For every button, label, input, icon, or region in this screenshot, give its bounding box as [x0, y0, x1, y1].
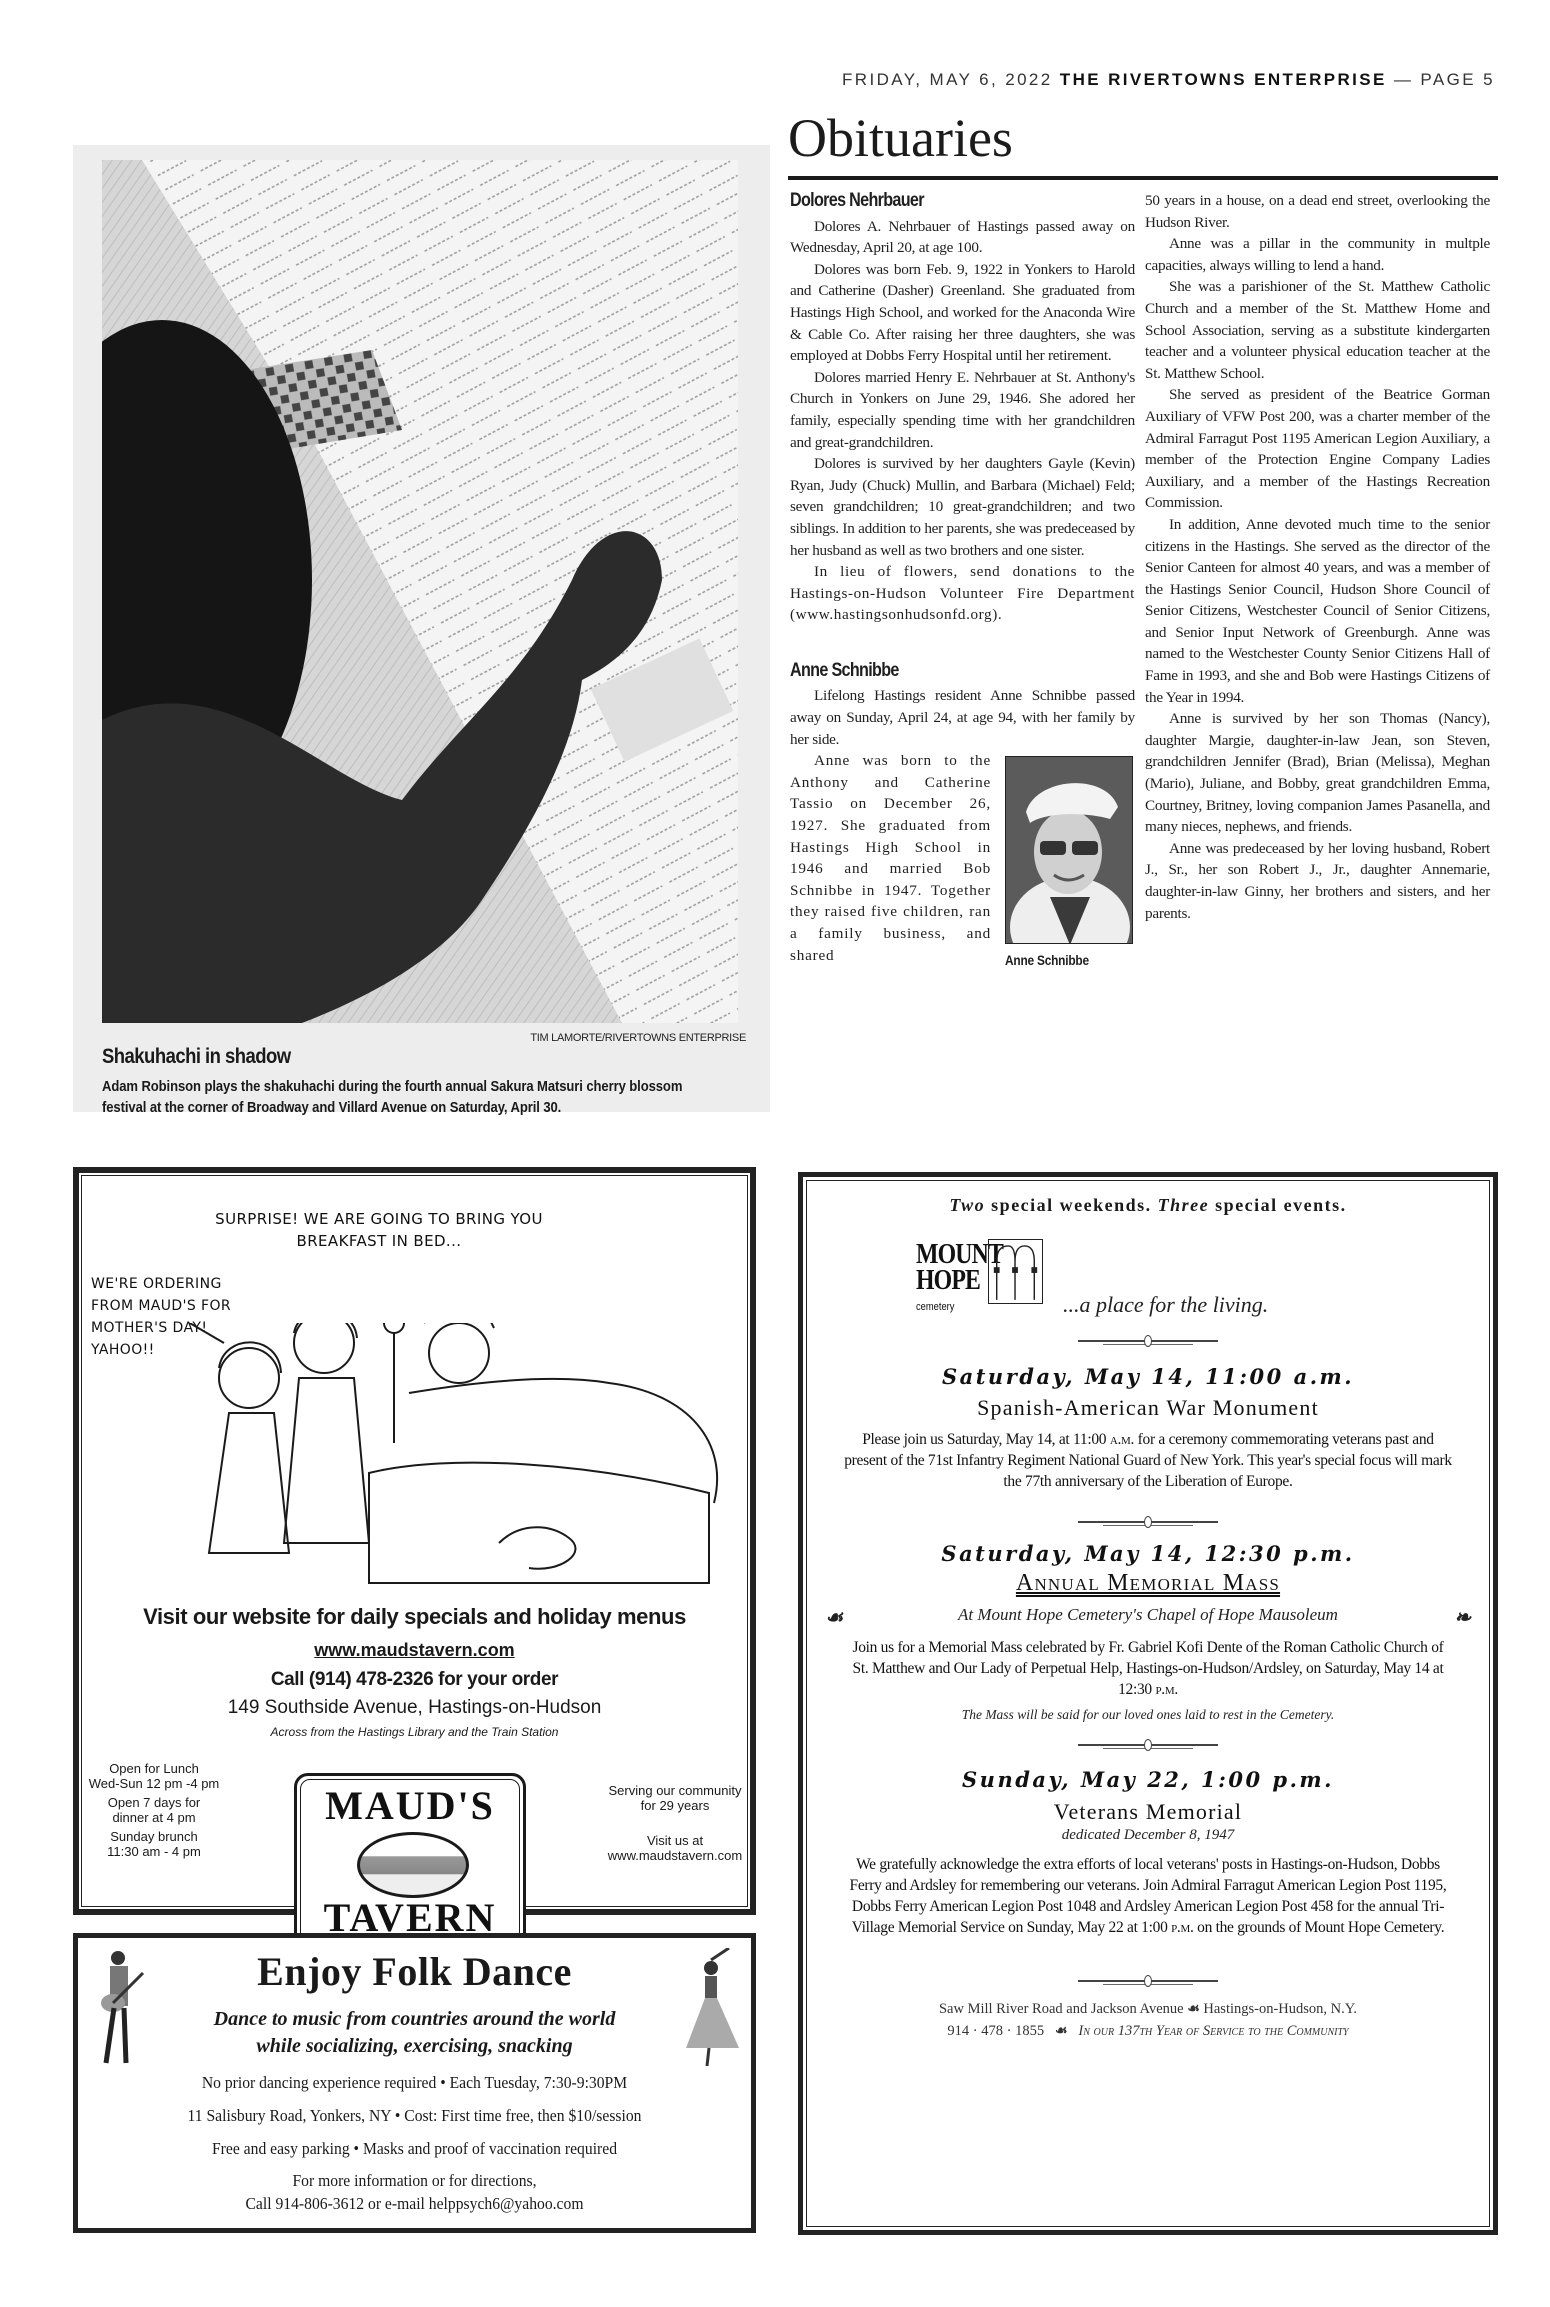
issue-date: FRIDAY, MAY 6, 2022	[842, 70, 1053, 89]
event-description: We gratefully acknowledge the extra effo…	[843, 1854, 1453, 1938]
ornamental-divider	[1078, 1741, 1218, 1751]
mauds-serving-note: Serving our community for 29 years Visit…	[600, 1783, 750, 1863]
photo-caption: Adam Robinson plays the shakuhachi durin…	[102, 1076, 728, 1118]
cemetery-contact: 914 · 478 · 1855 ☙ In our 137th Year of …	[803, 2023, 1493, 2040]
event-title: Veterans Memorial	[803, 1799, 1493, 1825]
mauds-hours: Open for LunchWed-Sun 12 pm -4 pm Open 7…	[79, 1761, 229, 1863]
anne-photo-caption: Anne Schnibbe	[1005, 950, 1116, 972]
shakuhachi-photo	[102, 160, 738, 1023]
obituary-paragraph: Anne was a pillar in the community in mu…	[1145, 233, 1490, 276]
event-note: The Mass will be said for our loved ones…	[803, 1707, 1493, 1723]
event-subtitle: dedicated December 8, 1947	[803, 1827, 1493, 1844]
photo-credit: TIM LAMORTE/RIVERTOWNS ENTERPRISE	[530, 1032, 746, 1044]
ship-emblem-icon	[357, 1832, 469, 1898]
folk-info-line: No prior dancing experience required • E…	[105, 2073, 724, 2093]
ad-slogan: ...a place for the living.	[1063, 1292, 1268, 1318]
obituary-paragraph: Dolores is survived by her daughters Gay…	[790, 453, 1135, 561]
mauds-phone: Call (914) 478-2326 for your order	[79, 1669, 750, 1691]
event-location: ☙ At Mount Hope Cemetery's Chapel of Hop…	[803, 1605, 1493, 1625]
photo-headline: Shakuhachi in shadow	[102, 1045, 291, 1069]
obituary-paragraph: Dolores A. Nehrbauer of Hastings passed …	[790, 216, 1135, 259]
folk-info-line: 11 Salisbury Road, Yonkers, NY • Cost: F…	[105, 2106, 724, 2126]
obituary-paragraph: She served as president of the Beatrice …	[1145, 384, 1490, 514]
mauds-landmark: Across from the Hastings Library and the…	[79, 1725, 750, 1739]
obituary-column-1: Dolores Nehrbauer Dolores A. Nehrbauer o…	[790, 190, 1135, 972]
folk-info-line: For more information or for directions,	[105, 2171, 724, 2191]
speech-bubble-breakfast: SURPRISE! WE ARE GOING TO BRING YOU BREA…	[199, 1208, 559, 1252]
photo-image	[102, 160, 738, 1023]
event-title: Spanish-American War Monument	[803, 1395, 1493, 1421]
cemetery-phone: 914 · 478 · 1855	[947, 2023, 1044, 2039]
mauds-address: 149 Southside Avenue, Hastings-on-Hudson	[79, 1697, 750, 1719]
folk-dance-ad[interactable]: Enjoy Folk Dance Dance to music from cou…	[73, 1933, 756, 2233]
event-description: Please join us Saturday, May 14, at 11:0…	[843, 1429, 1453, 1492]
obituary-paragraph: In lieu of flowers, send donations to th…	[790, 561, 1135, 626]
section-title: Obituaries	[788, 108, 1013, 168]
ornament-left-icon: ☙	[825, 1605, 843, 1629]
obituary-paragraph: 50 years in a house, on a dead end stree…	[1145, 190, 1490, 233]
event-title: Annual Memorial Mass	[803, 1570, 1493, 1597]
mothers-day-cartoon	[169, 1323, 729, 1623]
cemetery-tagline: In our 137th Year of Service to the Comm…	[1078, 2023, 1348, 2039]
obituary-paragraph: Anne was predeceased by her loving husba…	[1145, 838, 1490, 924]
folk-dance-title: Enjoy Folk Dance	[78, 1948, 751, 1995]
obituary-column-2: 50 years in a house, on a dead end stree…	[1145, 190, 1490, 924]
event-date: Saturday, May 14, 11:00 a.m.	[803, 1364, 1493, 1389]
obituary-paragraph: Lifelong Hastings resident Anne Schnibbe…	[790, 685, 1135, 750]
folk-dance-subtitle: Dance to music from countries around the…	[78, 2006, 751, 2060]
mauds-tavern-ad[interactable]: SURPRISE! WE ARE GOING TO BRING YOU BREA…	[73, 1167, 756, 1915]
mount-hope-cemetery-ad[interactable]: Two special weekends. Three special even…	[798, 1172, 1498, 2235]
anne-schnibbe-photo	[1005, 756, 1133, 944]
obituary-paragraph: Dolores married Henry E. Nehrbauer at St…	[790, 367, 1135, 453]
page-folio: FRIDAY, MAY 6, 2022 THE RIVERTOWNS ENTER…	[790, 70, 1495, 90]
obituary-paragraph: She was a parishioner of the St. Matthew…	[1145, 276, 1490, 384]
ornamental-divider	[1078, 1337, 1218, 1347]
cemetery-address: Saw Mill River Road and Jackson Avenue ☙…	[803, 2001, 1493, 2018]
ornament-right-icon: ❧	[1454, 1605, 1471, 1629]
paper-name: THE RIVERTOWNS ENTERPRISE	[1060, 70, 1387, 89]
page-number: — PAGE 5	[1394, 70, 1495, 89]
folk-contact[interactable]: Call 914-806-3612 or e-mail helppsych6@y…	[105, 2194, 724, 2214]
ornamental-divider	[1078, 1518, 1218, 1528]
anne-photo-figure: Anne Schnibbe	[1005, 756, 1135, 972]
obituary-paragraph: Dolores was born Feb. 9, 1922 in Yonkers…	[790, 259, 1135, 367]
ornamental-divider	[1078, 1977, 1218, 1987]
logo-text-top: MAUD'S	[297, 1782, 523, 1829]
obituary-name: Dolores Nehrbauer	[790, 190, 924, 212]
mauds-website-link[interactable]: www.maudstavern.com	[79, 1640, 750, 1661]
event-date: Saturday, May 14, 12:30 p.m.	[803, 1541, 1493, 1566]
obituary-paragraph: In addition, Anne devoted much time to t…	[1145, 514, 1490, 708]
photo-feature: TIM LAMORTE/RIVERTOWNS ENTERPRISE Shakuh…	[73, 145, 770, 1112]
gothic-arch-icon	[988, 1239, 1043, 1304]
mauds-headline: Visit our website for daily specials and…	[79, 1604, 750, 1630]
section-rule	[788, 176, 1498, 180]
obituary-name: Anne Schnibbe	[790, 660, 899, 682]
event-date: Sunday, May 22, 1:00 p.m.	[803, 1767, 1493, 1792]
obituary-paragraph: Anne is survived by her son Thomas (Nanc…	[1145, 708, 1490, 838]
ornament-icon: ☙	[1187, 2001, 1200, 2017]
folk-info-line: Free and easy parking • Masks and proof …	[105, 2139, 724, 2159]
anne-photo-wrap: Anne Schnibbe Anne was born to the Antho…	[790, 750, 1135, 966]
event-description: Join us for a Memorial Mass celebrated b…	[843, 1637, 1453, 1700]
ad-tagline: Two special weekends. Three special even…	[803, 1195, 1493, 1216]
mauds-tavern-logo: MAUD'S TAVERN	[294, 1773, 526, 1948]
ornament-icon: ☙	[1055, 2023, 1068, 2039]
